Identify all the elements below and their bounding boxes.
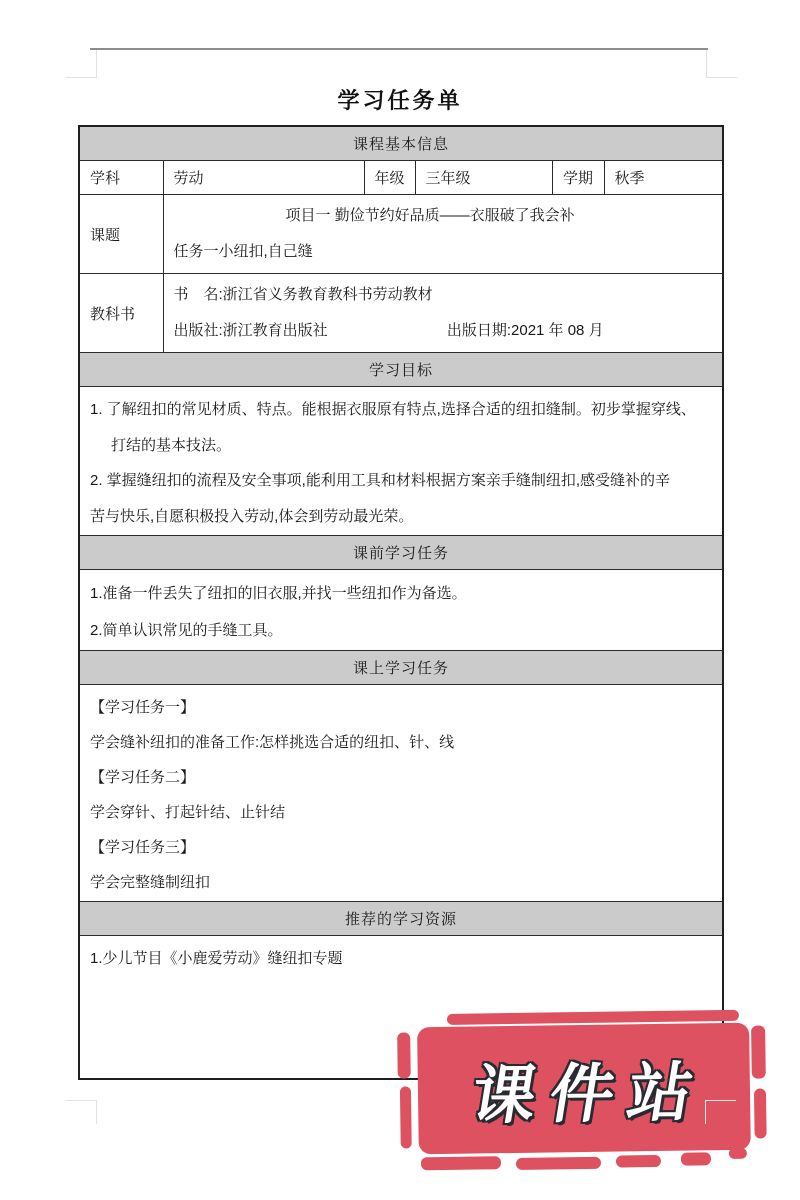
in-class-cell: 【学习任务一】 学会缝补纽扣的准备工作:怎样挑选合适的纽扣、针、线 【学习任务二…: [79, 685, 723, 902]
watermark-stamp: 课件站: [392, 1005, 776, 1180]
task-sheet-table: 课程基本信息 学科 劳动 年级 三年级 学期 秋季 课题 项目一 勤俭节约好品质…: [78, 125, 724, 1080]
goal-line: 1. 了解纽扣的常见材质、特点。能根据衣服原有特点,选择合适的纽扣缝制。初步掌握…: [90, 392, 712, 428]
stamp-border-stroke: [516, 1157, 601, 1170]
section-header-row: 课前学习任务: [79, 536, 723, 570]
pre-class-cell: 1.准备一件丢失了纽扣的旧衣服,并找一些纽扣作为备选。 2.简单认识常见的手缝工…: [79, 570, 723, 651]
in-class-line: 【学习任务二】: [90, 760, 712, 795]
grade-label: 年级: [364, 161, 415, 195]
section-header-resources: 推荐的学习资源: [79, 902, 723, 936]
textbook-name: 书 名:浙江省义务教育教科书劳动教材: [174, 280, 715, 310]
stamp-border-stroke: [397, 1032, 411, 1078]
term-value: 秋季: [604, 161, 723, 195]
goal-line: 苦与快乐,自愿积极投入劳动,体会到劳动最光荣。: [90, 499, 712, 535]
in-class-line: 【学习任务三】: [90, 830, 712, 865]
topic-cell: 项目一 勤俭节约好品质——衣服破了我会补 任务一小纽扣,自己缝: [163, 195, 723, 274]
in-class-row: 【学习任务一】 学会缝补纽扣的准备工作:怎样挑选合适的纽扣、针、线 【学习任务二…: [79, 685, 723, 902]
document-title: 学习任务单: [0, 84, 800, 115]
topic-task-line: 任务一小纽扣,自己缝: [174, 237, 715, 267]
subject-value: 劳动: [163, 161, 364, 195]
pre-class-line: 2.简单认识常见的手缝工具。: [90, 612, 712, 649]
stamp-border-stroke: [400, 1086, 412, 1148]
text-boundary-mark-top-left: [66, 50, 97, 78]
in-class-line: 学会穿针、打起针结、止针结: [90, 795, 712, 830]
text-boundary-mark-top-right: [706, 50, 737, 78]
textbook-publish-date: 出版日期:2021 年 08 月: [447, 322, 604, 339]
document-page: 学习任务单 课程基本信息 学科 劳动 年级 三年级 学期 秋季 课题 项目一 勤…: [0, 0, 800, 1200]
page-header-rule: [90, 48, 708, 50]
stamp-border-stroke: [616, 1155, 661, 1168]
goal-line: 打结的基本技法。: [90, 428, 712, 464]
section-header-pre-class: 课前学习任务: [79, 536, 723, 570]
section-header-row: 课程基本信息: [79, 126, 723, 161]
section-header-basic-info: 课程基本信息: [79, 126, 723, 161]
section-header-row: 推荐的学习资源: [79, 902, 723, 936]
in-class-line: 【学习任务一】: [90, 690, 712, 725]
topic-project-line: 项目一 勤俭节约好品质——衣服破了我会补: [174, 201, 715, 231]
grade-value: 三年级: [415, 161, 552, 195]
subject-label: 学科: [79, 161, 163, 195]
pre-class-line: 1.准备一件丢失了纽扣的旧衣服,并找一些纽扣作为备选。: [90, 575, 712, 612]
stamp-background: 课件站: [417, 1023, 751, 1155]
textbook-publisher-line: 出版社:浙江教育出版社 出版日期:2021 年 08 月: [174, 316, 715, 346]
in-class-line: 学会缝补纽扣的准备工作:怎样挑选合适的纽扣、针、线: [90, 725, 712, 760]
goal-line: 2. 掌握缝纽扣的流程及安全事项,能利用工具和材料根据方案亲手缝制纽扣,感受缝补…: [90, 463, 712, 499]
section-header-in-class: 课上学习任务: [79, 651, 723, 685]
textbook-row: 教科书 书 名:浙江省义务教育教科书劳动教材 出版社:浙江教育出版社 出版日期:…: [79, 274, 723, 353]
goals-row: 1. 了解纽扣的常见材质、特点。能根据衣服原有特点,选择合适的纽扣缝制。初步掌握…: [79, 387, 723, 536]
topic-row: 课题 项目一 勤俭节约好品质——衣服破了我会补 任务一小纽扣,自己缝: [79, 195, 723, 274]
term-label: 学期: [552, 161, 604, 195]
text-boundary-mark-bottom-left: [66, 1100, 97, 1124]
stamp-border-stroke: [681, 1152, 711, 1165]
text-boundary-mark-bottom-right: [705, 1100, 736, 1124]
section-header-row: 学习目标: [79, 353, 723, 387]
section-header-row: 课上学习任务: [79, 651, 723, 685]
info-row: 学科 劳动 年级 三年级 学期 秋季: [79, 161, 723, 195]
in-class-line: 学会完整缝制纽扣: [90, 865, 712, 900]
topic-label: 课题: [79, 195, 163, 274]
resource-line: 1.少儿节目《小鹿爱劳动》缝纽扣专题: [90, 941, 712, 977]
stamp-border-stroke: [751, 1025, 766, 1078]
stamp-border-stroke: [421, 1156, 501, 1170]
stamp-border-stroke: [754, 1088, 767, 1138]
textbook-publisher: 出版社:浙江教育出版社: [174, 322, 328, 339]
stamp-text: 课件站: [453, 1041, 714, 1137]
textbook-label: 教科书: [79, 274, 163, 353]
section-header-goals: 学习目标: [79, 353, 723, 387]
textbook-cell: 书 名:浙江省义务教育教科书劳动教材 出版社:浙江教育出版社 出版日期:2021…: [163, 274, 723, 353]
goals-cell: 1. 了解纽扣的常见材质、特点。能根据衣服原有特点,选择合适的纽扣缝制。初步掌握…: [79, 387, 723, 536]
pre-class-row: 1.准备一件丢失了纽扣的旧衣服,并找一些纽扣作为备选。 2.简单认识常见的手缝工…: [79, 570, 723, 651]
